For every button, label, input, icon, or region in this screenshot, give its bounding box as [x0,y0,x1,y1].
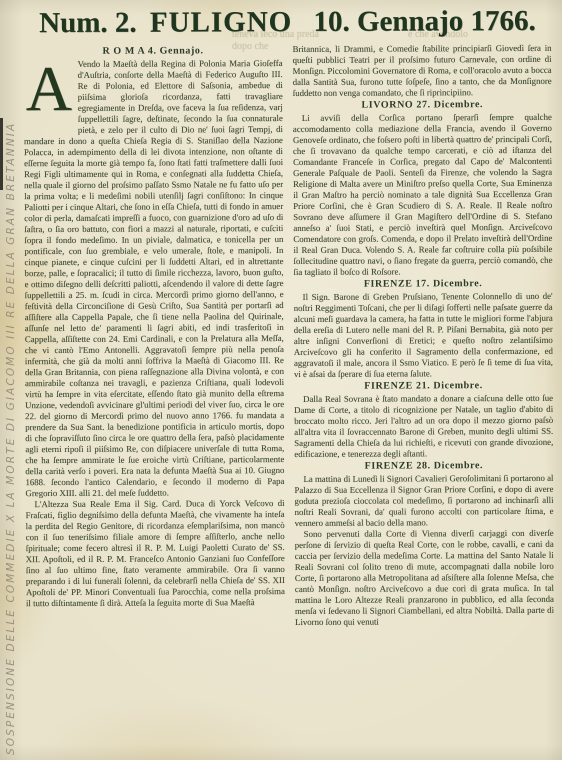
dropcap-letter: A [24,62,74,126]
article-livorno: Li avviſi della Corſica portano ſperarſi… [293,112,553,278]
article-roma-continuation: Britannica, li Drammi, e Comedie ſtabili… [293,43,552,99]
article-firenze-21: Dalla Real Sovrana è ſtato mandato a don… [294,393,553,460]
text-columns: R O M A 4. Gennajo. A Vendo la Maeſtà de… [24,43,555,755]
article-roma-paragraph-2: L'Altezza Sua Reale Ema il Sig. Card. Du… [26,498,285,609]
page-content: Num. 2. FULIGNO 10. Gennajo 1766. R O M … [23,4,554,755]
issue-number: Num. 2. [39,7,137,39]
handwritten-margin-annotation: SOSPENSIONE DELLE COMMEDIE X LA MORTE DI… [5,125,19,755]
article-firenze-28-paragraph-2: Sono pervenuti dalla Corte di Vienna div… [295,528,554,628]
scan-edge-artifact [0,118,3,190]
article-firenze-28: La mattina di Lunedì li Signori Cavalier… [294,473,553,529]
masthead: Num. 2. FULIGNO 10. Gennajo 1766. [23,4,551,40]
article-firenze-17: Il Sign. Barone di Greben Pruſsiano, Ten… [294,291,553,380]
dateline-firenze-21: FIRENZE 21. Dicembre. [294,380,553,393]
dateline-firenze-28: FIRENZE 28. Dicembre. [294,460,553,473]
masthead-date: 10. Gennajo 1766. [313,5,535,38]
gazette-page: SOSPENSIONE DELLE COMMEDIE X LA MORTE DI… [0,0,562,760]
dateline-livorno: LIVORNO 27. Dicembre. [293,99,552,112]
left-column: R O M A 4. Gennajo. A Vendo la Maeſtà de… [24,44,286,755]
dateline-firenze-17: FIRENZE 17. Dicembre. [294,278,553,291]
masthead-place: FULIGNO [150,6,292,39]
article-roma: A Vendo la Maeſtà della Regina di Poloni… [24,58,285,499]
right-column: Britannica, li Drammi, e Comedie ſtabili… [293,43,555,754]
